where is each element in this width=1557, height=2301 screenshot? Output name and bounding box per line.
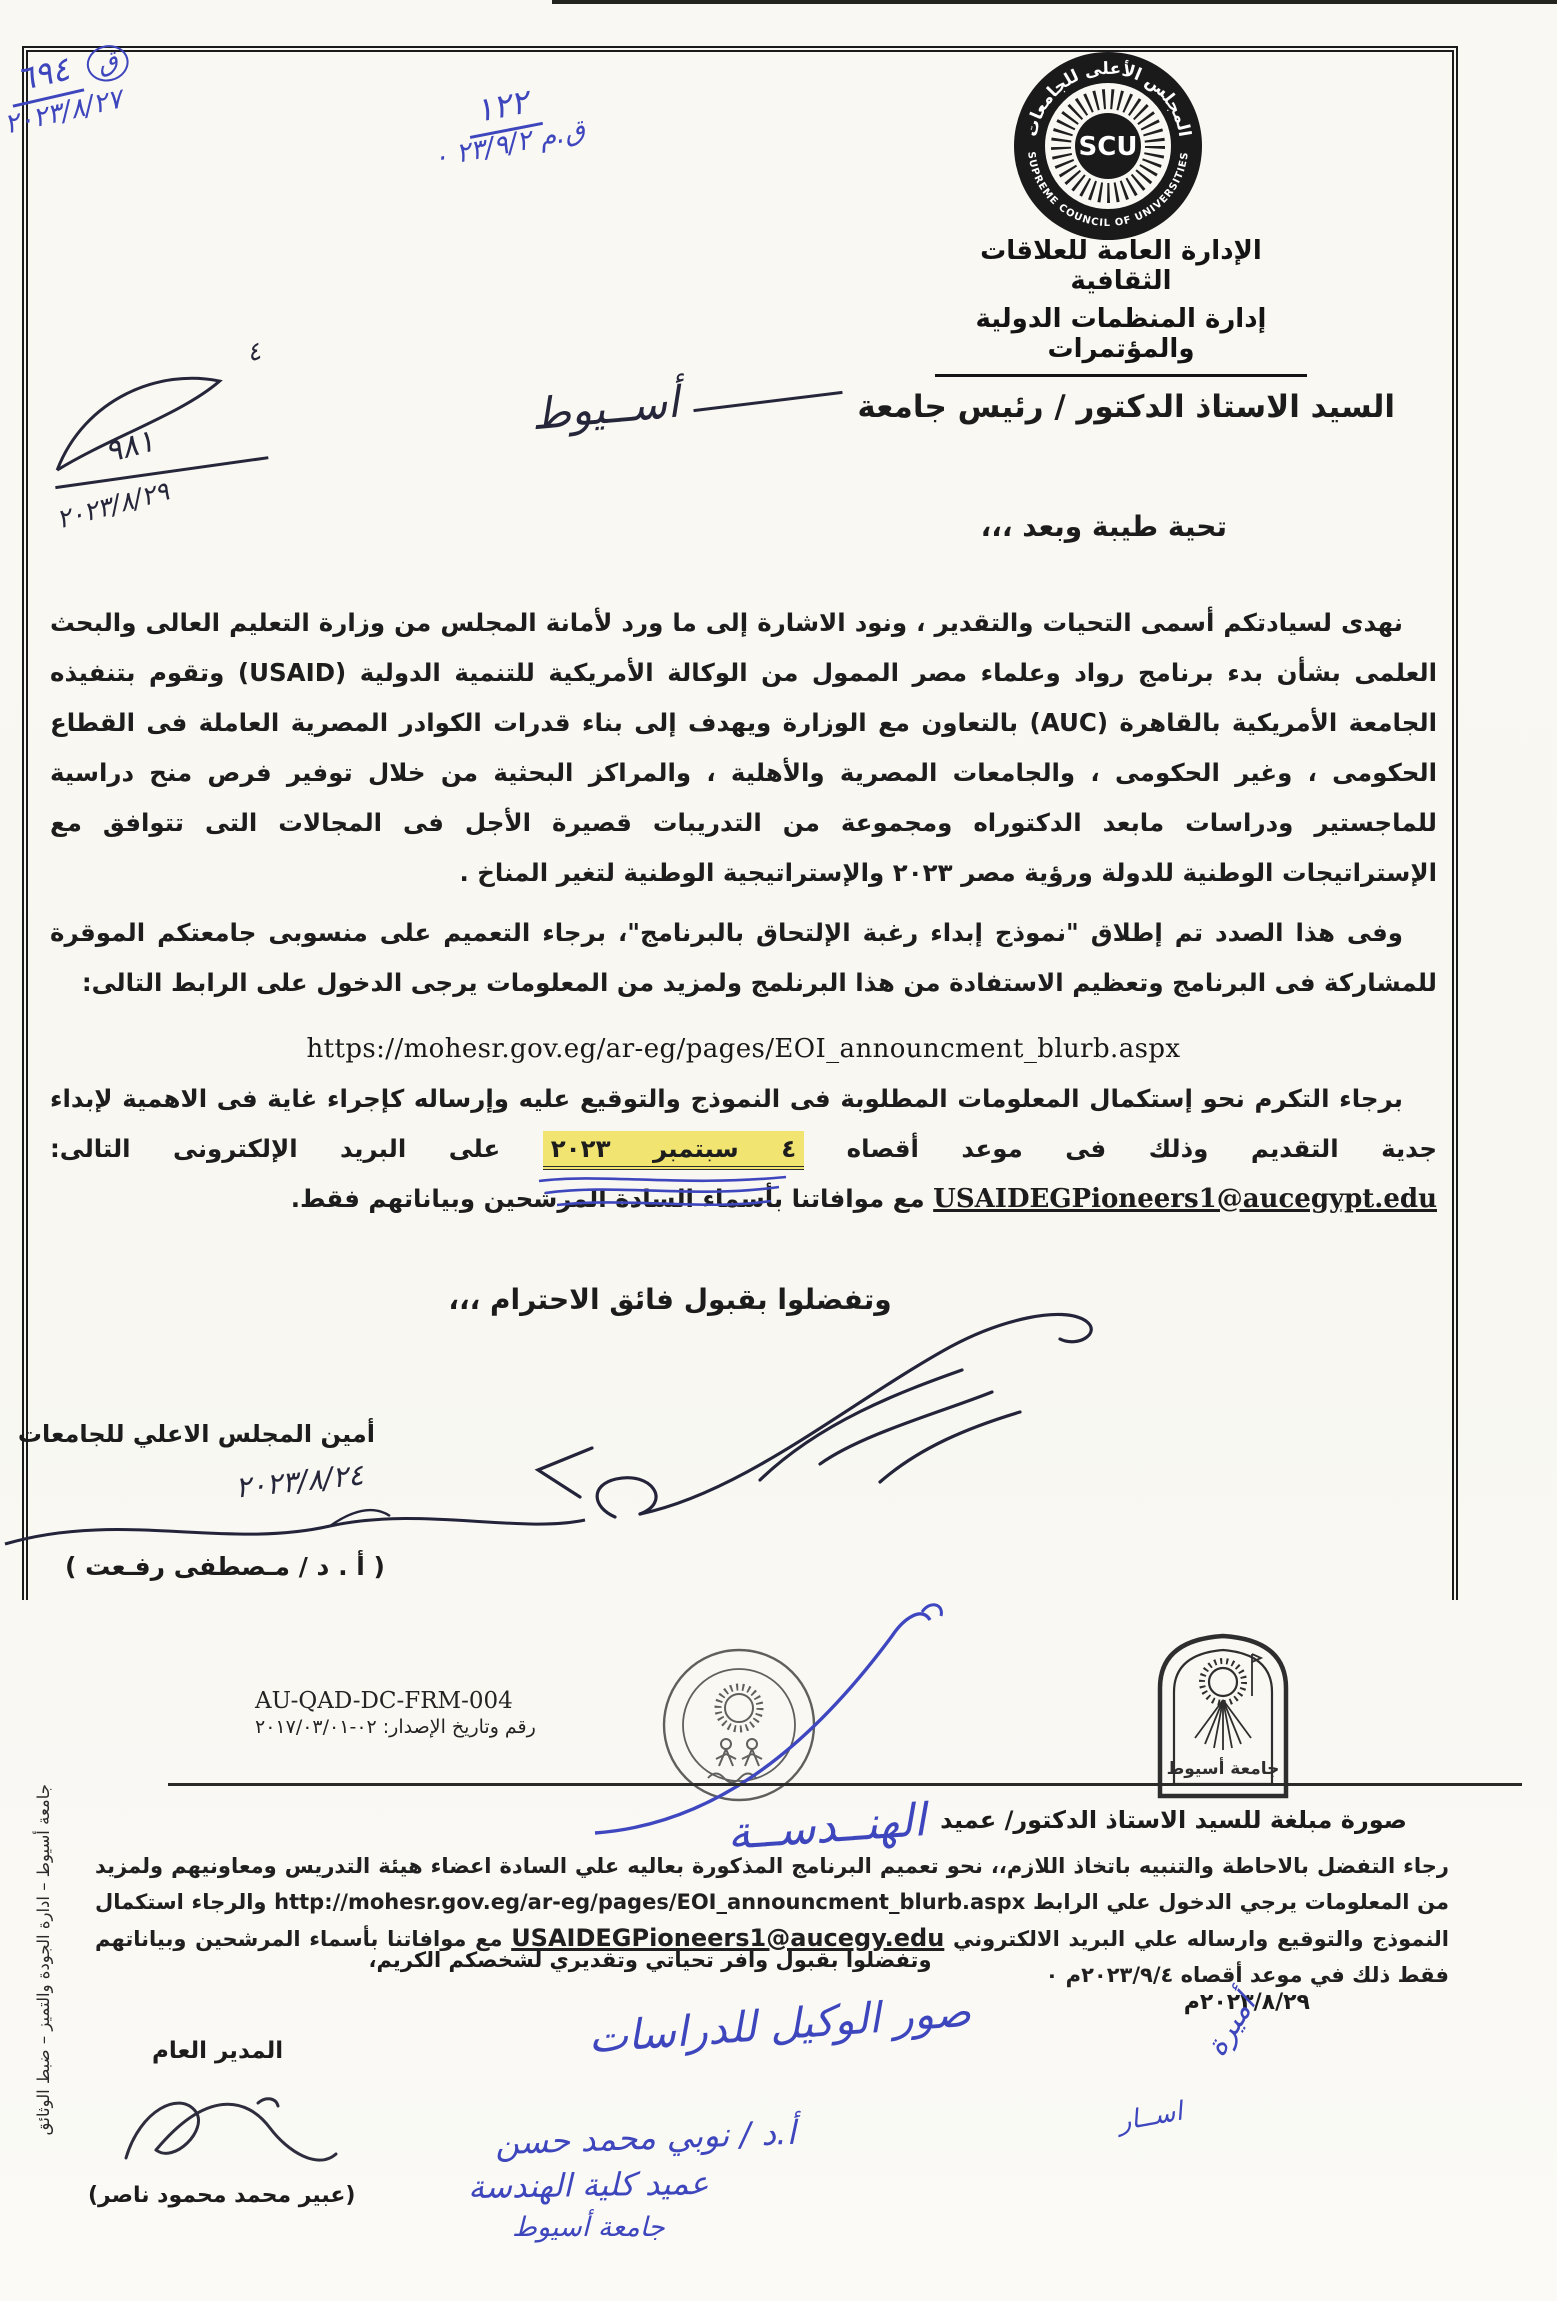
cc-line: صورة مبلغة للسيد الاستاذ الدكتور/ عميد ا… xyxy=(727,1800,1407,1853)
addressee-printed: السيد الاستاذ الدكتور / رئيس جامعة xyxy=(857,389,1395,425)
cc-printed: صورة مبلغة للسيد الاستاذ الدكتور/ عميد xyxy=(940,1806,1407,1834)
greeting-line: تحية طيبة وبعد ،،، xyxy=(981,510,1227,543)
footer-separator-line xyxy=(168,1783,1522,1786)
scan-edge-artifact xyxy=(552,0,1557,4)
assiut-university-logo: جامعة أسيوط xyxy=(1148,1626,1298,1802)
handwritten-copy-to-vice-dean: صور الوكيل للدراسات xyxy=(587,1987,973,2063)
dept-line-2: إدارة المنظمات الدولية والمؤتمرات xyxy=(935,304,1307,364)
addressee-line: السيد الاستاذ الدكتور / رئيس جامعةأســيو… xyxy=(531,384,1395,434)
handwritten-name-nubi: أ.د / نوبي محمد حسن xyxy=(494,2113,796,2162)
body-paragraph-3: برجاء التكرم نحو إستكمال المعلومات المطل… xyxy=(50,1074,1437,1224)
registry-prefix-circled: ق xyxy=(83,41,132,86)
letterhead-departments: الإدارة العامة للعلاقات الثقافية إدارة ا… xyxy=(935,236,1307,377)
cc-url: http://mohesr.gov.eg/ar-eg/pages/EOI_ann… xyxy=(274,1890,1025,1914)
signer-name: ( أ . د / مـصطفى رفـعت ) xyxy=(60,1552,390,1581)
director-name: (عبير محمد محمود ناصر) xyxy=(88,2183,355,2208)
signature-scribble-secretary xyxy=(520,1252,1120,1552)
handwritten-asar: اســار xyxy=(1116,2097,1185,2138)
form-issue-date: رقم وتاريخ الإصدار: ٠٢-٢٠١٧/٠٣/٠١ xyxy=(255,1716,536,1738)
signer-title: أمين المجلس الاعلي للجامعات xyxy=(75,1420,375,1448)
scu-seal-abbr: SCU xyxy=(1079,132,1138,162)
letter-body: نهدى لسيادتكم أسمى التحيات والتقدير ، ون… xyxy=(50,598,1437,1224)
handwritten-dean-title: عميد كلية الهندسة xyxy=(468,2164,709,2206)
form-metadata: AU-QAD-DC-FRM-004 رقم وتاريخ الإصدار: ٠٢… xyxy=(255,1688,536,1738)
side-quality-label: جامعة أسيوط – ادارة الجودة والتميز – ضبط… xyxy=(34,1784,53,2196)
scanned-letter-page: ق٦٩٤ ٢٠٢٣/٨/٢٧ ١٢٢ ق.م ٢٣/٩/٢ ٠ المجلس ا… xyxy=(0,0,1557,2301)
body-paragraph-1: نهدى لسيادتكم أسمى التحيات والتقدير ، ون… xyxy=(50,598,1437,898)
deadline-highlighted: ٤ سبتمبر ٢٠٢٣ xyxy=(543,1131,805,1170)
form-code: AU-QAD-DC-FRM-004 xyxy=(255,1688,536,1714)
addressee-university-handwritten: أســيوط xyxy=(529,378,681,441)
pen-stroke xyxy=(694,391,843,412)
deadline-date: ٤ سبتمبر ٢٠٢٣ xyxy=(551,1134,797,1163)
contact-email: USAIDEGPioneers1@aucegypt.edu xyxy=(933,1184,1437,1214)
letterhead-underline xyxy=(935,374,1307,377)
body-paragraph-2: وفى هذا الصدد تم إطلاق "نموذج إبداء رغبة… xyxy=(50,908,1437,1008)
assiut-logo-label: جامعة أسيوط xyxy=(1167,1757,1280,1779)
scu-seal-logo: المجلس الأعلى للجامعات SUPREME COUNCIL O… xyxy=(1010,48,1206,244)
handwritten-university: جامعة أسيوط xyxy=(512,2212,665,2243)
blue-scribble-under-deadline xyxy=(531,1171,796,1217)
dept-line-1: الإدارة العامة للعلاقات الثقافية xyxy=(935,236,1307,296)
director-signature-scrawl xyxy=(108,2058,343,2183)
cc-closing: وتفضلوا بقبول وافر تحياتي وتقديري لشخصكم… xyxy=(320,1948,980,1972)
p3-text-b: على البريد الإلكترونى التالى: xyxy=(50,1134,543,1163)
program-url: https://mohesr.gov.eg/ar-eg/pages/EOI_an… xyxy=(50,1024,1437,1074)
